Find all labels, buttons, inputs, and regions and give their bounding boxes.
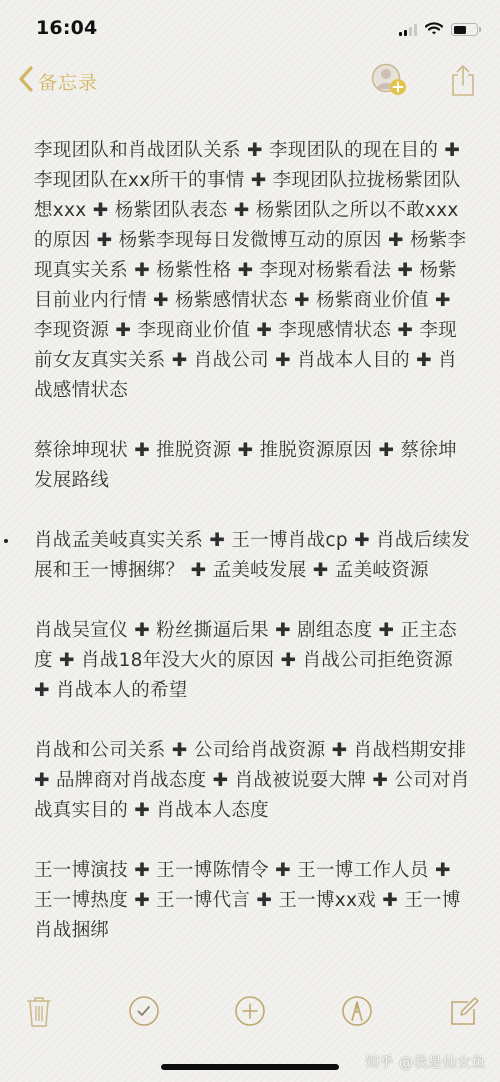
plus-separator-icon: ✚	[247, 140, 263, 161]
note-paragraph-1: 李现团队和肖战团队关系 ✚ 李现团队的现在目的 ✚ 李现团队在xx所干的事情 ✚…	[34, 136, 474, 406]
watermark: 知乎 @我是仙女鱼	[365, 1052, 486, 1072]
pen-tip-circle-icon	[341, 995, 373, 1027]
plus-separator-icon: ✚	[134, 440, 150, 461]
plus-separator-icon: ✚	[191, 560, 207, 581]
plus-separator-icon: ✚	[372, 770, 388, 791]
plus-separator-icon: ✚	[397, 320, 413, 341]
plus-separator-icon: ✚	[172, 740, 188, 761]
plus-separator-icon: ✚	[93, 200, 109, 221]
status-icons	[399, 20, 478, 39]
plus-separator-icon: ✚	[34, 770, 50, 791]
plus-separator-icon: ✚	[397, 260, 413, 281]
plus-separator-icon: ✚	[213, 770, 229, 791]
back-button[interactable]: 备忘录	[18, 66, 98, 96]
plus-separator-icon: ✚	[313, 560, 329, 581]
plus-separator-icon: ✚	[134, 800, 150, 821]
plus-separator-icon: ✚	[234, 200, 250, 221]
chevron-left-icon	[18, 66, 34, 96]
plus-separator-icon: ✚	[134, 620, 150, 641]
plus-separator-icon: ✚	[275, 350, 291, 371]
plus-separator-icon: ✚	[134, 860, 150, 881]
plus-separator-icon: ✚	[153, 290, 169, 311]
plus-separator-icon: ✚	[332, 740, 348, 761]
plus-separator-icon: ✚	[251, 170, 267, 191]
plus-separator-icon: ✚	[256, 320, 272, 341]
back-label: 备忘录	[38, 68, 98, 95]
cellular-signal-icon	[399, 24, 417, 36]
plus-separator-icon: ✚	[435, 860, 451, 881]
plus-separator-icon: ✚	[354, 530, 370, 551]
status-bar: 16:04	[0, 0, 500, 56]
add-button[interactable]	[234, 995, 266, 1027]
nav-actions	[370, 62, 476, 98]
checkmark-circle-icon	[128, 995, 160, 1027]
plus-separator-icon: ✚	[115, 320, 131, 341]
compose-icon	[448, 995, 480, 1027]
plus-separator-icon: ✚	[256, 890, 272, 911]
nav-bar: 备忘录	[0, 56, 500, 106]
plus-separator-icon: ✚	[275, 860, 291, 881]
note-body[interactable]: 李现团队和肖战团队关系 ✚ 李现团队的现在目的 ✚ 李现团队在xx所干的事情 ✚…	[34, 136, 474, 946]
plus-circle-icon	[234, 995, 266, 1027]
bottom-toolbar	[0, 995, 500, 1035]
wifi-icon	[425, 20, 443, 39]
stray-dot	[4, 539, 8, 543]
plus-separator-icon: ✚	[172, 350, 188, 371]
plus-separator-icon: ✚	[379, 440, 395, 461]
plus-separator-icon: ✚	[275, 620, 291, 641]
add-person-button[interactable]	[370, 62, 410, 98]
plus-separator-icon: ✚	[388, 230, 404, 251]
share-button[interactable]	[450, 63, 476, 97]
markup-button[interactable]	[341, 995, 373, 1027]
note-paragraph-6: 王一博演技 ✚ 王一博陈情令 ✚ 王一博工作人员 ✚ 王一博热度 ✚ 王一博代言…	[34, 856, 474, 946]
note-paragraph-4: 肖战吴宣仪 ✚ 粉丝撕逼后果 ✚ 剧组态度 ✚ 正主态度 ✚ 肖战18年没大火的…	[34, 616, 474, 706]
plus-separator-icon: ✚	[34, 680, 50, 701]
plus-separator-icon: ✚	[209, 530, 225, 551]
plus-separator-icon: ✚	[382, 890, 398, 911]
plus-separator-icon: ✚	[444, 140, 460, 161]
plus-separator-icon: ✚	[379, 620, 395, 641]
plus-separator-icon: ✚	[134, 260, 150, 281]
plus-separator-icon: ✚	[238, 260, 254, 281]
checklist-button[interactable]	[128, 995, 160, 1027]
note-paragraph-3: 肖战孟美岐真实关系 ✚ 王一博肖战cp ✚ 肖战后续发展和王一博捆绑？ ✚ 孟美…	[34, 526, 474, 586]
plus-separator-icon: ✚	[281, 650, 297, 671]
plus-separator-icon: ✚	[134, 890, 150, 911]
compose-button[interactable]	[448, 995, 480, 1027]
trash-icon	[25, 995, 53, 1029]
add-person-icon	[370, 62, 410, 98]
share-icon	[450, 63, 476, 97]
battery-icon	[451, 23, 478, 36]
plus-separator-icon: ✚	[294, 290, 310, 311]
status-time: 16:04	[36, 17, 97, 39]
plus-separator-icon: ✚	[97, 230, 113, 251]
plus-separator-icon: ✚	[435, 290, 451, 311]
plus-separator-icon: ✚	[238, 440, 254, 461]
plus-separator-icon: ✚	[416, 350, 432, 371]
home-indicator[interactable]	[161, 1064, 339, 1070]
delete-button[interactable]	[25, 995, 53, 1029]
note-paragraph-5: 肖战和公司关系 ✚ 公司给肖战资源 ✚ 肖战档期安排 ✚ 品牌商对肖战态度 ✚ …	[34, 736, 474, 826]
note-paragraph-2: 蔡徐坤现状 ✚ 推脱资源 ✚ 推脱资源原因 ✚ 蔡徐坤发展路线	[34, 436, 474, 496]
plus-separator-icon: ✚	[59, 650, 75, 671]
